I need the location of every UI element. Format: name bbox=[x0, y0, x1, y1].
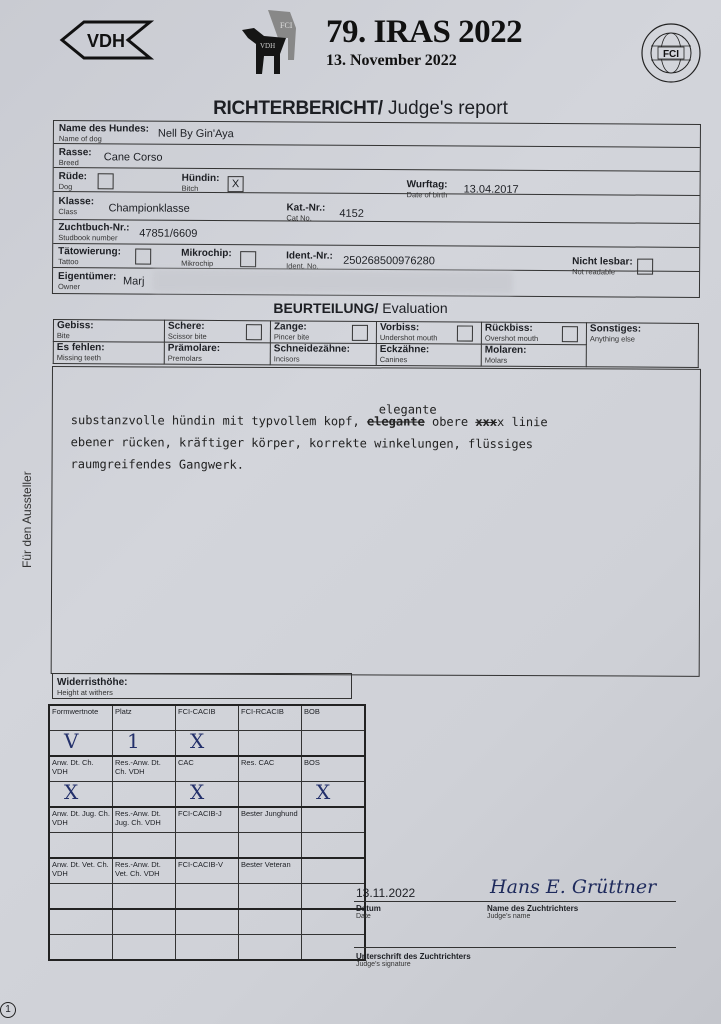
bite-evaluation-table: Gebiss:Bite Schere:Scissor bite Zange:Pi… bbox=[53, 319, 699, 368]
date-label: DatumDate bbox=[356, 904, 381, 920]
award-mark-cell[interactable]: X bbox=[49, 782, 113, 808]
evaluation-text-area[interactable]: elegante substanzvolle hündin mit typvol… bbox=[51, 366, 701, 677]
male-checkbox[interactable] bbox=[98, 173, 114, 189]
class-value[interactable]: Championklasse bbox=[108, 202, 189, 214]
award-mark-cell[interactable] bbox=[113, 884, 176, 910]
owner-value[interactable]: Marj bbox=[123, 275, 144, 287]
award-mark-cell[interactable] bbox=[302, 731, 366, 757]
award-header-cell bbox=[176, 909, 239, 935]
judge-name-label: Name des ZuchtrichtersJudge's name bbox=[487, 904, 578, 920]
evaluation-line-1: substanzvolle hündin mit typvollem kopf,… bbox=[71, 413, 548, 429]
tattoo-checkbox[interactable] bbox=[135, 249, 151, 265]
award-mark-cell[interactable] bbox=[176, 935, 239, 961]
evaluation-title: BEURTEILUNG/ Evaluation bbox=[0, 300, 721, 316]
award-header-cell bbox=[302, 807, 366, 833]
award-mark-cell[interactable] bbox=[49, 833, 113, 859]
award-header-cell: FCI-CACIB bbox=[176, 705, 239, 731]
evaluation-line-3: raumgreifendes Gangwerk. bbox=[71, 457, 244, 472]
award-header-cell: CAC bbox=[176, 756, 239, 782]
award-mark-cell[interactable] bbox=[49, 935, 113, 961]
award-header-cell: Res.-Anw. Dt. Ch. VDH bbox=[113, 756, 176, 782]
dog-name-value[interactable]: Nell By Gin'Aya bbox=[158, 128, 234, 140]
svg-text:FCI: FCI bbox=[663, 49, 679, 60]
handwritten-mark: V bbox=[64, 729, 78, 753]
microchip-checkbox[interactable] bbox=[240, 251, 256, 267]
award-header-cell bbox=[113, 909, 176, 935]
iras-dog-logo: FCI VDH bbox=[240, 8, 320, 76]
award-header-cell: BOB bbox=[302, 705, 366, 731]
overshot-checkbox[interactable] bbox=[562, 326, 578, 342]
award-mark-cell[interactable] bbox=[176, 884, 239, 910]
award-header-cell: Res.-Anw. Dt. Jug. Ch. VDH bbox=[113, 807, 176, 833]
female-checkbox[interactable]: X bbox=[228, 176, 244, 192]
undershot-checkbox[interactable] bbox=[457, 325, 473, 341]
award-mark-cell[interactable] bbox=[176, 833, 239, 859]
award-header-cell: FCI-RCACIB bbox=[239, 705, 302, 731]
exhibitor-copy-label: Für den Aussteller bbox=[20, 471, 34, 568]
award-mark-cell[interactable]: X bbox=[176, 782, 239, 808]
page-number: 1 bbox=[0, 1002, 16, 1018]
award-header-cell: Anw. Dt. Jug. Ch. VDH bbox=[49, 807, 113, 833]
event-title: 79. IRAS 2022 bbox=[326, 14, 522, 51]
award-mark-cell[interactable] bbox=[113, 833, 176, 859]
award-header-cell: FCI-CACIB-V bbox=[176, 858, 239, 884]
redacted-area bbox=[153, 270, 513, 294]
award-header-cell: Platz bbox=[113, 705, 176, 731]
cat-number-value[interactable]: 4152 bbox=[339, 208, 364, 220]
studbook-value[interactable]: 47851/6609 bbox=[139, 228, 197, 240]
award-mark-cell[interactable]: 1 bbox=[113, 731, 176, 757]
award-mark-cell[interactable] bbox=[113, 935, 176, 961]
award-header-cell: Bester Junghund bbox=[239, 807, 302, 833]
award-header-cell: BOS bbox=[302, 756, 366, 782]
date-name-line bbox=[354, 901, 676, 902]
handwritten-mark: X bbox=[64, 780, 78, 804]
withers-height-field[interactable]: Widerristhöhe:Height at withers bbox=[52, 673, 352, 699]
award-mark-cell[interactable] bbox=[113, 782, 176, 808]
ident-number-value[interactable]: 250268500976280 bbox=[343, 255, 435, 268]
award-header-cell: Anw. Dt. Vet. Ch. VDH bbox=[49, 858, 113, 884]
breed-value[interactable]: Cane Corso bbox=[104, 151, 163, 163]
dog-info-form: Name des Hundes:Name of dog Nell By Gin'… bbox=[52, 120, 701, 298]
award-mark-cell[interactable] bbox=[239, 782, 302, 808]
handwritten-mark: X bbox=[316, 780, 330, 804]
award-header-cell: FCI-CACIB-J bbox=[176, 807, 239, 833]
award-mark-cell[interactable] bbox=[302, 833, 366, 859]
award-mark-cell[interactable]: X bbox=[302, 782, 366, 808]
handwritten-mark: X bbox=[190, 780, 204, 804]
award-header-cell bbox=[49, 909, 113, 935]
award-header-cell bbox=[239, 909, 302, 935]
award-mark-cell[interactable] bbox=[239, 884, 302, 910]
award-mark-cell[interactable]: X bbox=[176, 731, 239, 757]
fci-logo: FCI bbox=[640, 22, 702, 84]
scissor-bite-checkbox[interactable] bbox=[246, 324, 262, 340]
awards-grid: FormwertnotePlatzFCI-CACIBFCI-RCACIBBOBV… bbox=[48, 704, 366, 961]
award-header-cell bbox=[302, 858, 366, 884]
award-mark-cell[interactable] bbox=[239, 833, 302, 859]
award-mark-cell[interactable]: V bbox=[49, 731, 113, 757]
pincer-bite-checkbox[interactable] bbox=[352, 325, 368, 341]
award-header-cell: Res. CAC bbox=[239, 756, 302, 782]
svg-text:VDH: VDH bbox=[87, 31, 125, 51]
handwritten-mark: X bbox=[190, 729, 204, 753]
svg-text:FCI: FCI bbox=[280, 21, 293, 30]
svg-text:VDH: VDH bbox=[260, 42, 275, 50]
event-date: 13. November 2022 bbox=[326, 52, 457, 70]
award-header-cell: Res.-Anw. Dt. Vet. Ch. VDH bbox=[113, 858, 176, 884]
date-value[interactable]: 13.11.2022 bbox=[356, 886, 415, 900]
vdh-logo: VDH bbox=[58, 20, 154, 60]
award-header-cell: Anw. Dt. Ch. VDH bbox=[49, 756, 113, 782]
award-mark-cell[interactable] bbox=[239, 935, 302, 961]
award-header-cell: Formwertnote bbox=[49, 705, 113, 731]
report-title: RICHTERBERICHT/ Judge's report bbox=[0, 98, 721, 120]
evaluation-line-2: ebener rücken, kräftiger körper, korrekt… bbox=[71, 435, 533, 451]
award-mark-cell[interactable] bbox=[239, 731, 302, 757]
signature-label: Unterschrift des ZuchtrichtersJudge's si… bbox=[356, 952, 471, 968]
handwritten-mark: 1 bbox=[127, 729, 140, 753]
signature-line[interactable] bbox=[354, 947, 676, 948]
row-owner: Eigentümer:Owner Marj bbox=[53, 267, 699, 297]
award-header-cell: Bester Veteran bbox=[239, 858, 302, 884]
judge-name-value[interactable]: Hans E. Grüttner bbox=[490, 876, 656, 898]
award-mark-cell[interactable] bbox=[49, 884, 113, 910]
